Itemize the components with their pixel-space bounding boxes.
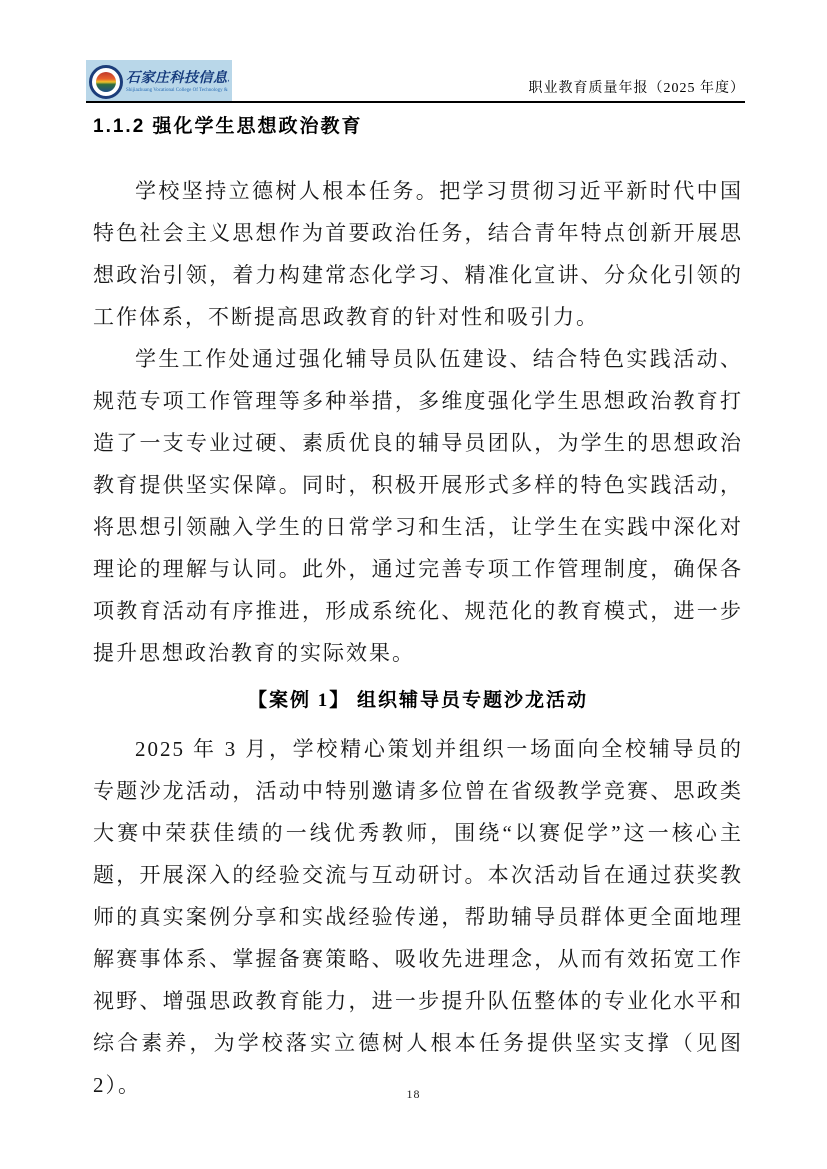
header-rule — [86, 101, 745, 103]
body-paragraph-1: 学校坚持立德树人根本任务。把学习贯彻习近平新时代中国特色社会主义思想作为首要政治… — [93, 170, 743, 338]
logo-text-block: 石家庄科技信息职业学院 Shijiazhuang Vocational Coll… — [126, 70, 229, 94]
section-heading: 1.1.2 强化学生思想政治教育 — [93, 114, 743, 140]
college-name-cn: 石家庄科技信息职业学院 — [126, 70, 229, 87]
page-header: 石家庄科技信息职业学院 Shijiazhuang Vocational Coll… — [86, 58, 745, 103]
page-number: 18 — [407, 1087, 421, 1101]
page-footer: 18 — [0, 1085, 827, 1103]
emblem-sunrise-icon — [96, 72, 116, 92]
body-paragraph-2: 学生工作处通过强化辅导员队伍建设、结合特色实践活动、规范专项工作管理等多种举措，… — [93, 338, 743, 674]
report-title: 职业教育质量年报（2025 年度） — [529, 77, 746, 97]
case-heading: 【案例 1】 组织辅导员专题沙龙活动 — [93, 686, 743, 716]
document-page: 石家庄科技信息职业学院 Shijiazhuang Vocational Coll… — [0, 0, 827, 1169]
college-name-en: Shijiazhuang Vocational College Of Techn… — [126, 87, 229, 94]
case-paragraph: 2025 年 3 月，学校精心策划并组织一场面向全校辅导员的专题沙龙活动，活动中… — [93, 728, 743, 1106]
college-emblem-icon — [89, 65, 123, 99]
document-body: 1.1.2 强化学生思想政治教育 学校坚持立德树人根本任务。把学习贯彻习近平新时… — [93, 114, 743, 1106]
college-logo: 石家庄科技信息职业学院 Shijiazhuang Vocational Coll… — [86, 60, 232, 103]
